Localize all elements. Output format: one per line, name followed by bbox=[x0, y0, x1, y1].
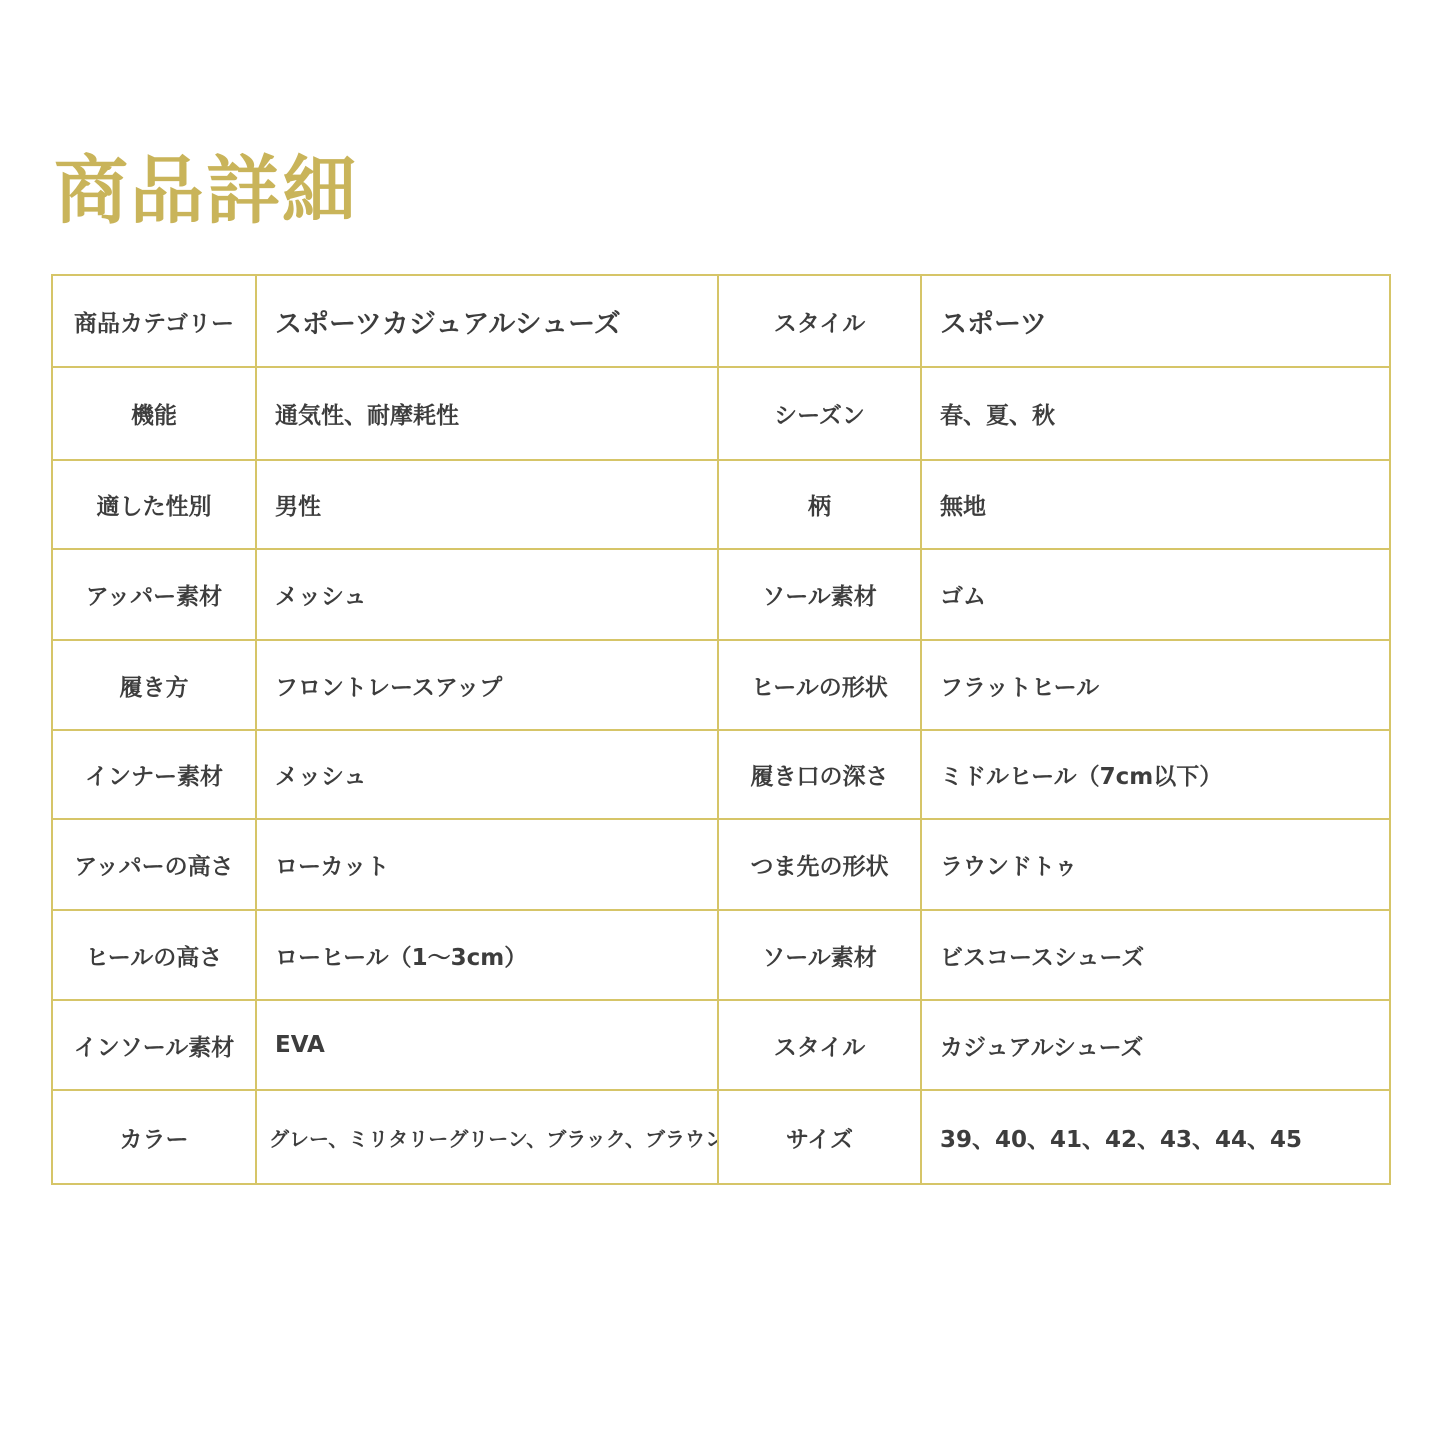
table-row: ヒールの高さ ローヒール（1〜3cm） ソール素材 ビスコースシューズ bbox=[52, 910, 1390, 1000]
spec-label: スタイル bbox=[718, 275, 921, 367]
spec-label: インナー素材 bbox=[52, 730, 256, 819]
spec-value: 無地 bbox=[921, 460, 1390, 549]
spec-label: シーズン bbox=[718, 367, 921, 460]
spec-value: 39、40、41、42、43、44、45 bbox=[921, 1090, 1390, 1184]
product-spec-table: 商品カテゴリー スポーツカジュアルシューズ スタイル スポーツ 機能 通気性、耐… bbox=[51, 274, 1391, 1185]
spec-label: ヒールの形状 bbox=[718, 640, 921, 730]
spec-label: 履き口の深さ bbox=[718, 730, 921, 819]
spec-value: ゴム bbox=[921, 549, 1390, 640]
spec-label: ソール素材 bbox=[718, 549, 921, 640]
spec-value: スポーツ bbox=[921, 275, 1390, 367]
table-row: カラー グレー、ミリタリーグリーン、ブラック、ブラウン サイズ 39、40、41… bbox=[52, 1090, 1390, 1184]
table-row: 履き方 フロントレースアップ ヒールの形状 フラットヒール bbox=[52, 640, 1390, 730]
spec-value: ラウンドトゥ bbox=[921, 819, 1390, 910]
spec-label: インソール素材 bbox=[52, 1000, 256, 1090]
spec-value: グレー、ミリタリーグリーン、ブラック、ブラウン bbox=[256, 1090, 718, 1184]
table-row: インソール素材 EVA スタイル カジュアルシューズ bbox=[52, 1000, 1390, 1090]
spec-label: 適した性別 bbox=[52, 460, 256, 549]
spec-value: ローカット bbox=[256, 819, 718, 910]
spec-label: ソール素材 bbox=[718, 910, 921, 1000]
spec-label: カラー bbox=[52, 1090, 256, 1184]
spec-label: 柄 bbox=[718, 460, 921, 549]
spec-label: つま先の形状 bbox=[718, 819, 921, 910]
spec-label: 商品カテゴリー bbox=[52, 275, 256, 367]
spec-value: 男性 bbox=[256, 460, 718, 549]
table-row: 機能 通気性、耐摩耗性 シーズン 春、夏、秋 bbox=[52, 367, 1390, 460]
spec-label: 機能 bbox=[52, 367, 256, 460]
spec-label: アッパー素材 bbox=[52, 549, 256, 640]
spec-value: EVA bbox=[256, 1000, 718, 1090]
spec-value: スポーツカジュアルシューズ bbox=[256, 275, 718, 367]
spec-value: フラットヒール bbox=[921, 640, 1390, 730]
table-row: インナー素材 メッシュ 履き口の深さ ミドルヒール（7cm以下） bbox=[52, 730, 1390, 819]
spec-label: ヒールの高さ bbox=[52, 910, 256, 1000]
table-row: 商品カテゴリー スポーツカジュアルシューズ スタイル スポーツ bbox=[52, 275, 1390, 367]
spec-label: 履き方 bbox=[52, 640, 256, 730]
spec-value: フロントレースアップ bbox=[256, 640, 718, 730]
spec-value: ミドルヒール（7cm以下） bbox=[921, 730, 1390, 819]
spec-value: メッシュ bbox=[256, 730, 718, 819]
spec-value: 通気性、耐摩耗性 bbox=[256, 367, 718, 460]
spec-label: スタイル bbox=[718, 1000, 921, 1090]
table-row: アッパー素材 メッシュ ソール素材 ゴム bbox=[52, 549, 1390, 640]
page-title: 商品詳細 bbox=[54, 146, 358, 236]
spec-value: ローヒール（1〜3cm） bbox=[256, 910, 718, 1000]
spec-label: サイズ bbox=[718, 1090, 921, 1184]
spec-label: アッパーの高さ bbox=[52, 819, 256, 910]
spec-value: カジュアルシューズ bbox=[921, 1000, 1390, 1090]
table-row: アッパーの高さ ローカット つま先の形状 ラウンドトゥ bbox=[52, 819, 1390, 910]
table-row: 適した性別 男性 柄 無地 bbox=[52, 460, 1390, 549]
spec-value: メッシュ bbox=[256, 549, 718, 640]
spec-value: ビスコースシューズ bbox=[921, 910, 1390, 1000]
spec-value: 春、夏、秋 bbox=[921, 367, 1390, 460]
